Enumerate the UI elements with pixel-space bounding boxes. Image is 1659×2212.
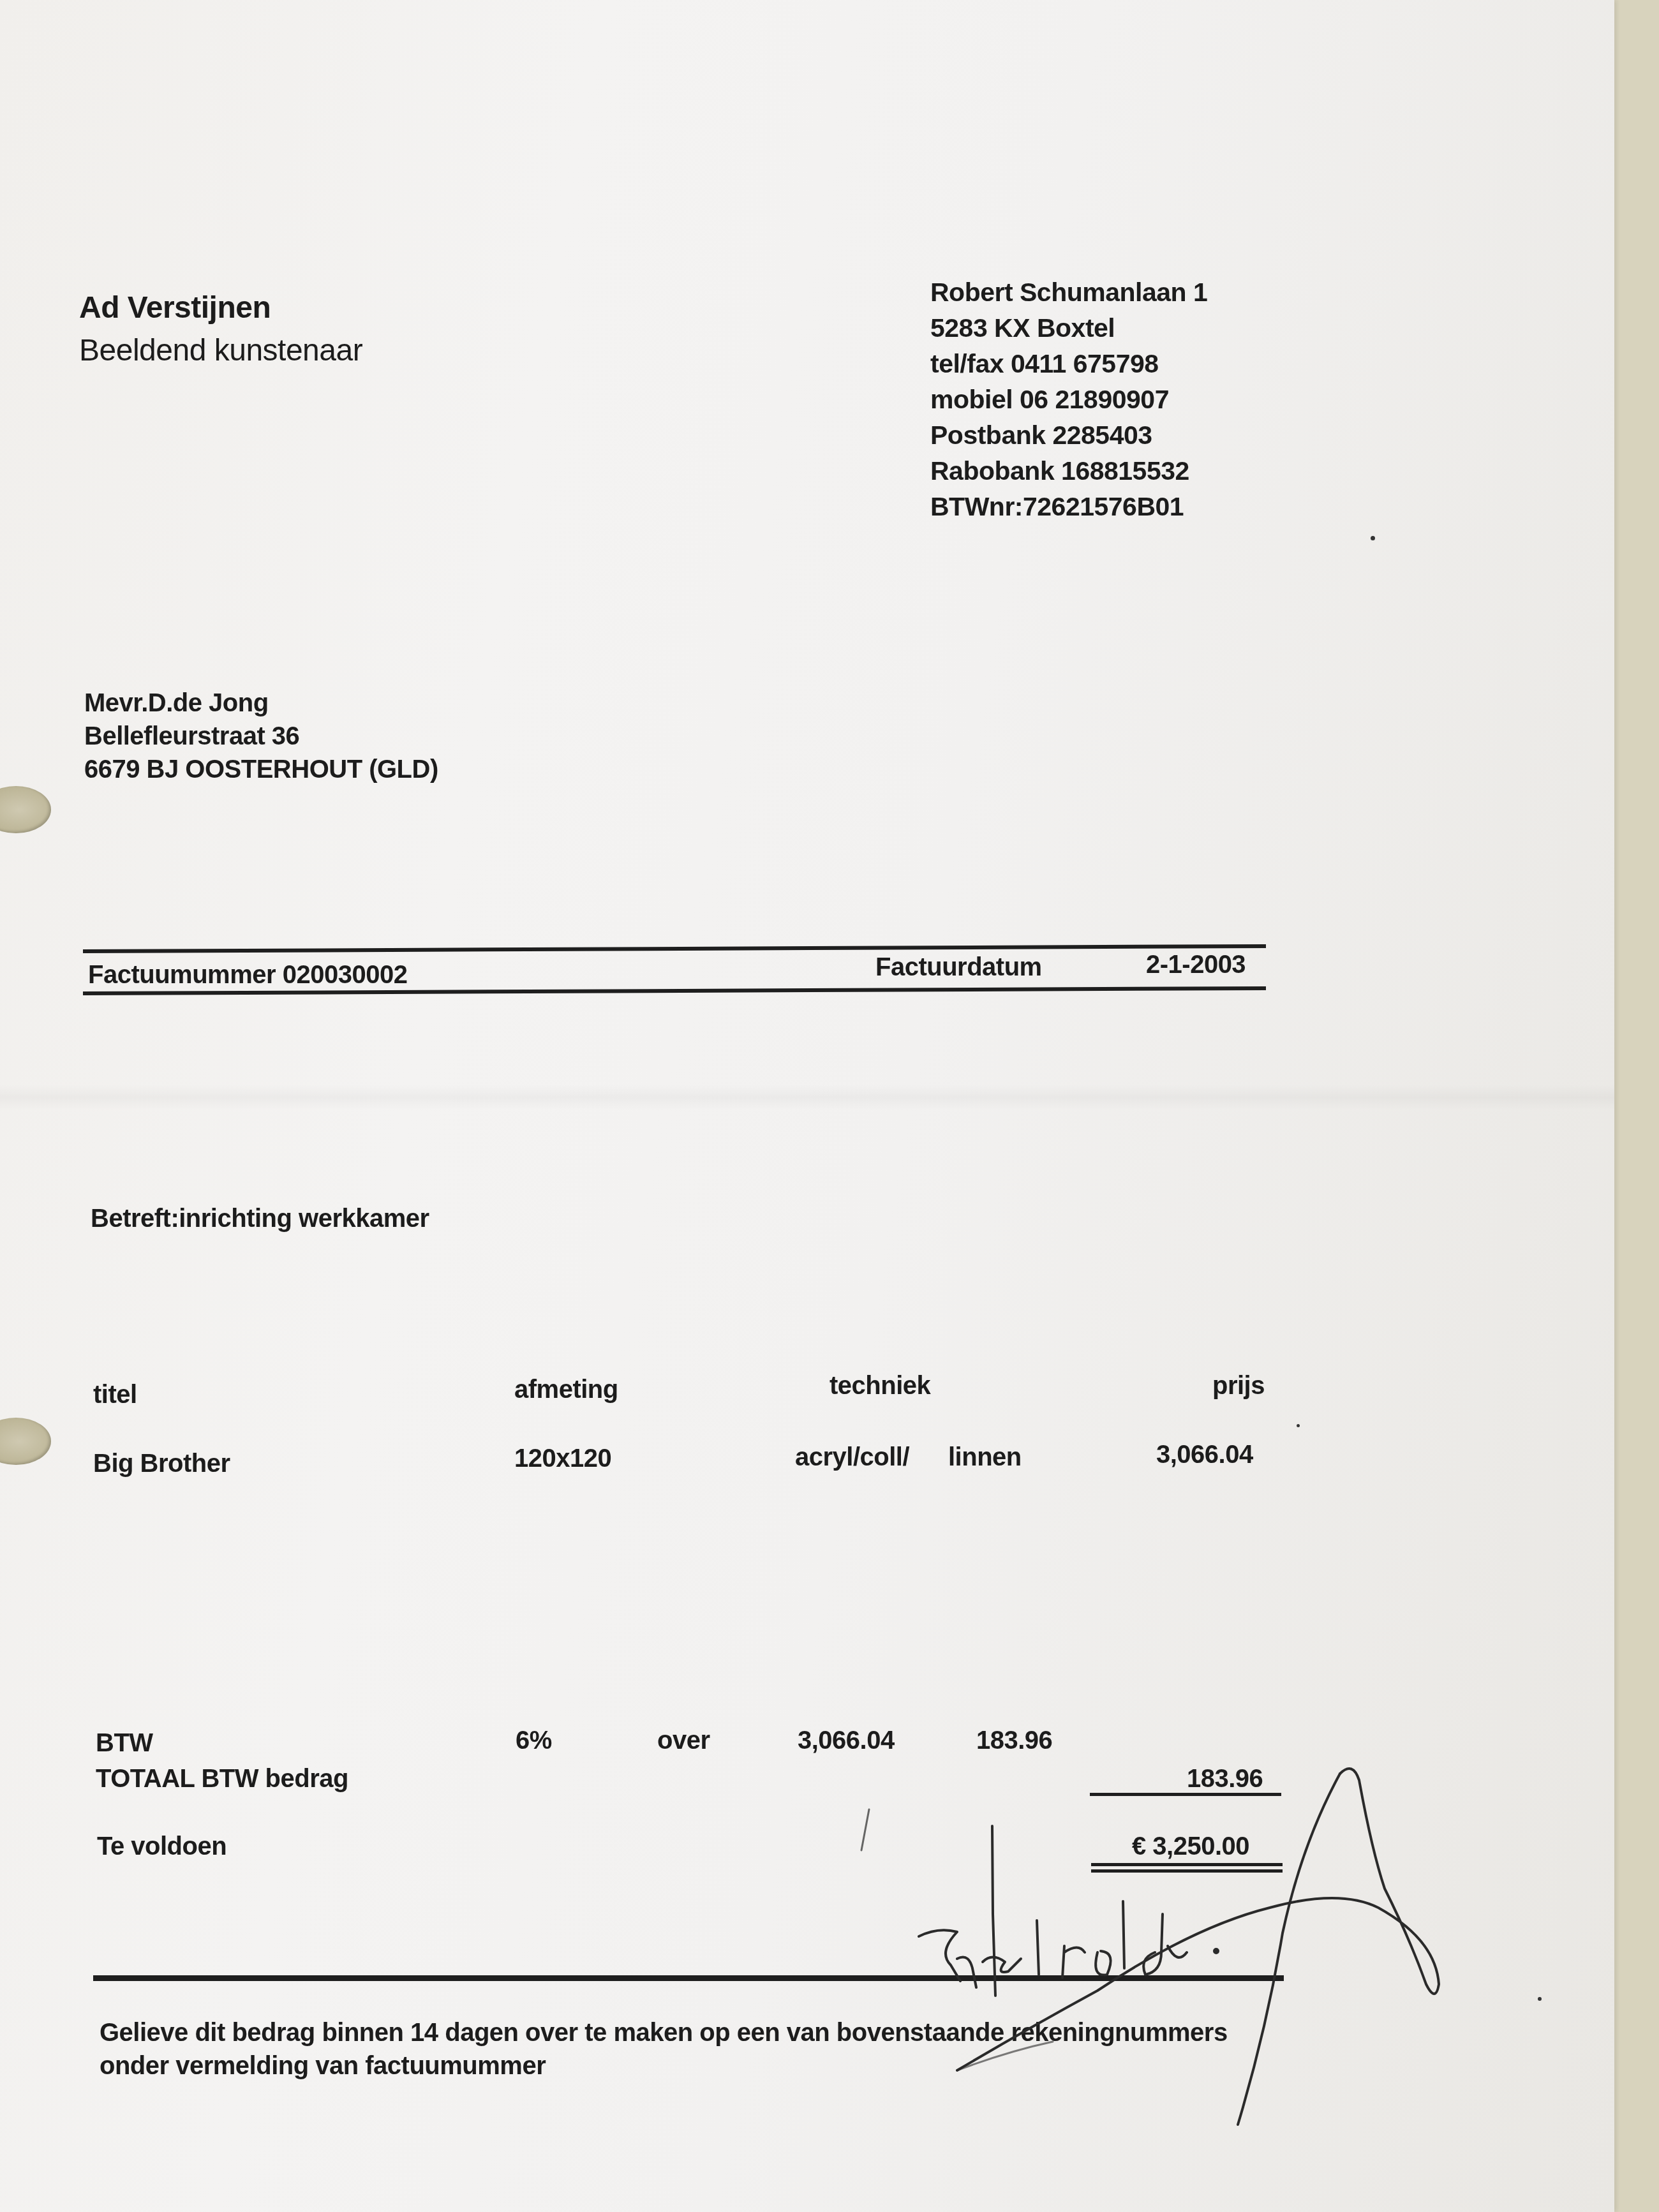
sender-phone: tel/fax 0411 675798 xyxy=(930,346,1207,382)
speck xyxy=(1297,1424,1300,1427)
speck xyxy=(1538,1997,1542,2001)
vat-base: 3,066.04 xyxy=(798,1726,895,1755)
paper-fold xyxy=(0,1085,1614,1110)
item-price: 3,066.04 xyxy=(1156,1441,1253,1469)
invoice-date-value: 2-1-2003 xyxy=(1146,951,1246,979)
vat-rate: 6% xyxy=(516,1726,552,1755)
item-technique: acryl/coll/ xyxy=(795,1443,909,1472)
amount-due-underline-2 xyxy=(1091,1869,1283,1873)
recipient-address-block: Mevr.D.de Jong Bellefleurstraat 36 6679 … xyxy=(84,687,438,786)
total-vat-underline xyxy=(1090,1793,1281,1796)
invoice-date-label: Factuurdatum xyxy=(875,953,1042,982)
sender-mobile: mobiel 06 21890907 xyxy=(930,382,1207,417)
item-size: 120x120 xyxy=(514,1444,611,1473)
payment-instructions-line-1: Gelieve dit bedrag binnen 14 dagen over … xyxy=(100,2016,1228,2049)
footer-rule xyxy=(93,1975,1284,1981)
amount-due-value: € 3,250.00 xyxy=(1132,1832,1249,1861)
vat-amount: 183.96 xyxy=(976,1726,1052,1755)
speck xyxy=(1371,536,1375,540)
total-vat-label: TOTAAL BTW bedrag xyxy=(96,1765,348,1793)
payment-instructions-line-2: onder vermelding van factuumummer xyxy=(100,2049,1228,2082)
amount-due-underline-1 xyxy=(1091,1863,1283,1866)
sender-address-block: Robert Schumanlaan 1 5283 KX Boxtel tel/… xyxy=(930,274,1207,524)
sender-rabobank: Rabobank 168815532 xyxy=(930,453,1207,489)
invoice-subject: Betreft:inrichting werkkamer xyxy=(91,1205,429,1233)
recipient-street: Bellefleurstraat 36 xyxy=(84,720,438,753)
col-header-techniek: techniek xyxy=(829,1372,930,1400)
col-header-prijs: prijs xyxy=(1212,1372,1265,1400)
sender-postbank: Postbank 2285403 xyxy=(930,417,1207,453)
vat-over: over xyxy=(657,1726,710,1755)
sender-profession: Beeldend kunstenaar xyxy=(79,333,362,368)
item-title: Big Brother xyxy=(93,1450,230,1478)
vat-label: BTW xyxy=(96,1729,153,1758)
recipient-postcode-city: 6679 BJ OOSTERHOUT (GLD) xyxy=(84,753,438,786)
total-vat-value: 183.96 xyxy=(1187,1765,1263,1793)
amount-due-label: Te voldoen xyxy=(97,1832,227,1861)
sender-street: Robert Schumanlaan 1 xyxy=(930,274,1207,310)
sender-name: Ad Verstijnen xyxy=(79,290,271,325)
sender-postcode-city: 5283 KX Boxtel xyxy=(930,310,1207,346)
payment-instructions: Gelieve dit bedrag binnen 14 dagen over … xyxy=(100,2016,1228,2082)
item-technique-support: linnen xyxy=(948,1443,1022,1472)
recipient-name: Mevr.D.de Jong xyxy=(84,687,438,720)
col-header-afmeting: afmeting xyxy=(514,1376,618,1404)
col-header-titel: titel xyxy=(93,1381,137,1409)
invoice-number: Factuumummer 020030002 xyxy=(88,961,407,990)
sender-vat-number: BTWnr:72621576B01 xyxy=(930,489,1207,524)
